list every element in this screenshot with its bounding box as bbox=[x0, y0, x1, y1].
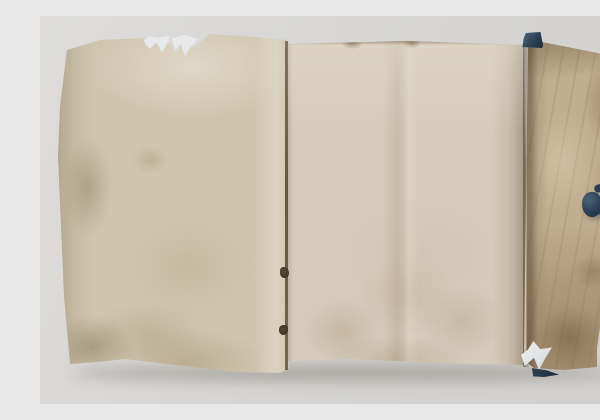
left-cover-panel bbox=[58, 32, 290, 374]
blue-clasp-tie bbox=[581, 177, 600, 227]
gutter-seam-line bbox=[285, 41, 288, 370]
clasp-knot bbox=[582, 192, 600, 217]
cast-shadow-bottom bbox=[70, 365, 600, 381]
page-block-panel bbox=[287, 41, 527, 368]
sewing-knot bbox=[280, 267, 289, 278]
photo-parchment-binding bbox=[40, 16, 600, 404]
blue-ribbon-top bbox=[522, 32, 543, 48]
